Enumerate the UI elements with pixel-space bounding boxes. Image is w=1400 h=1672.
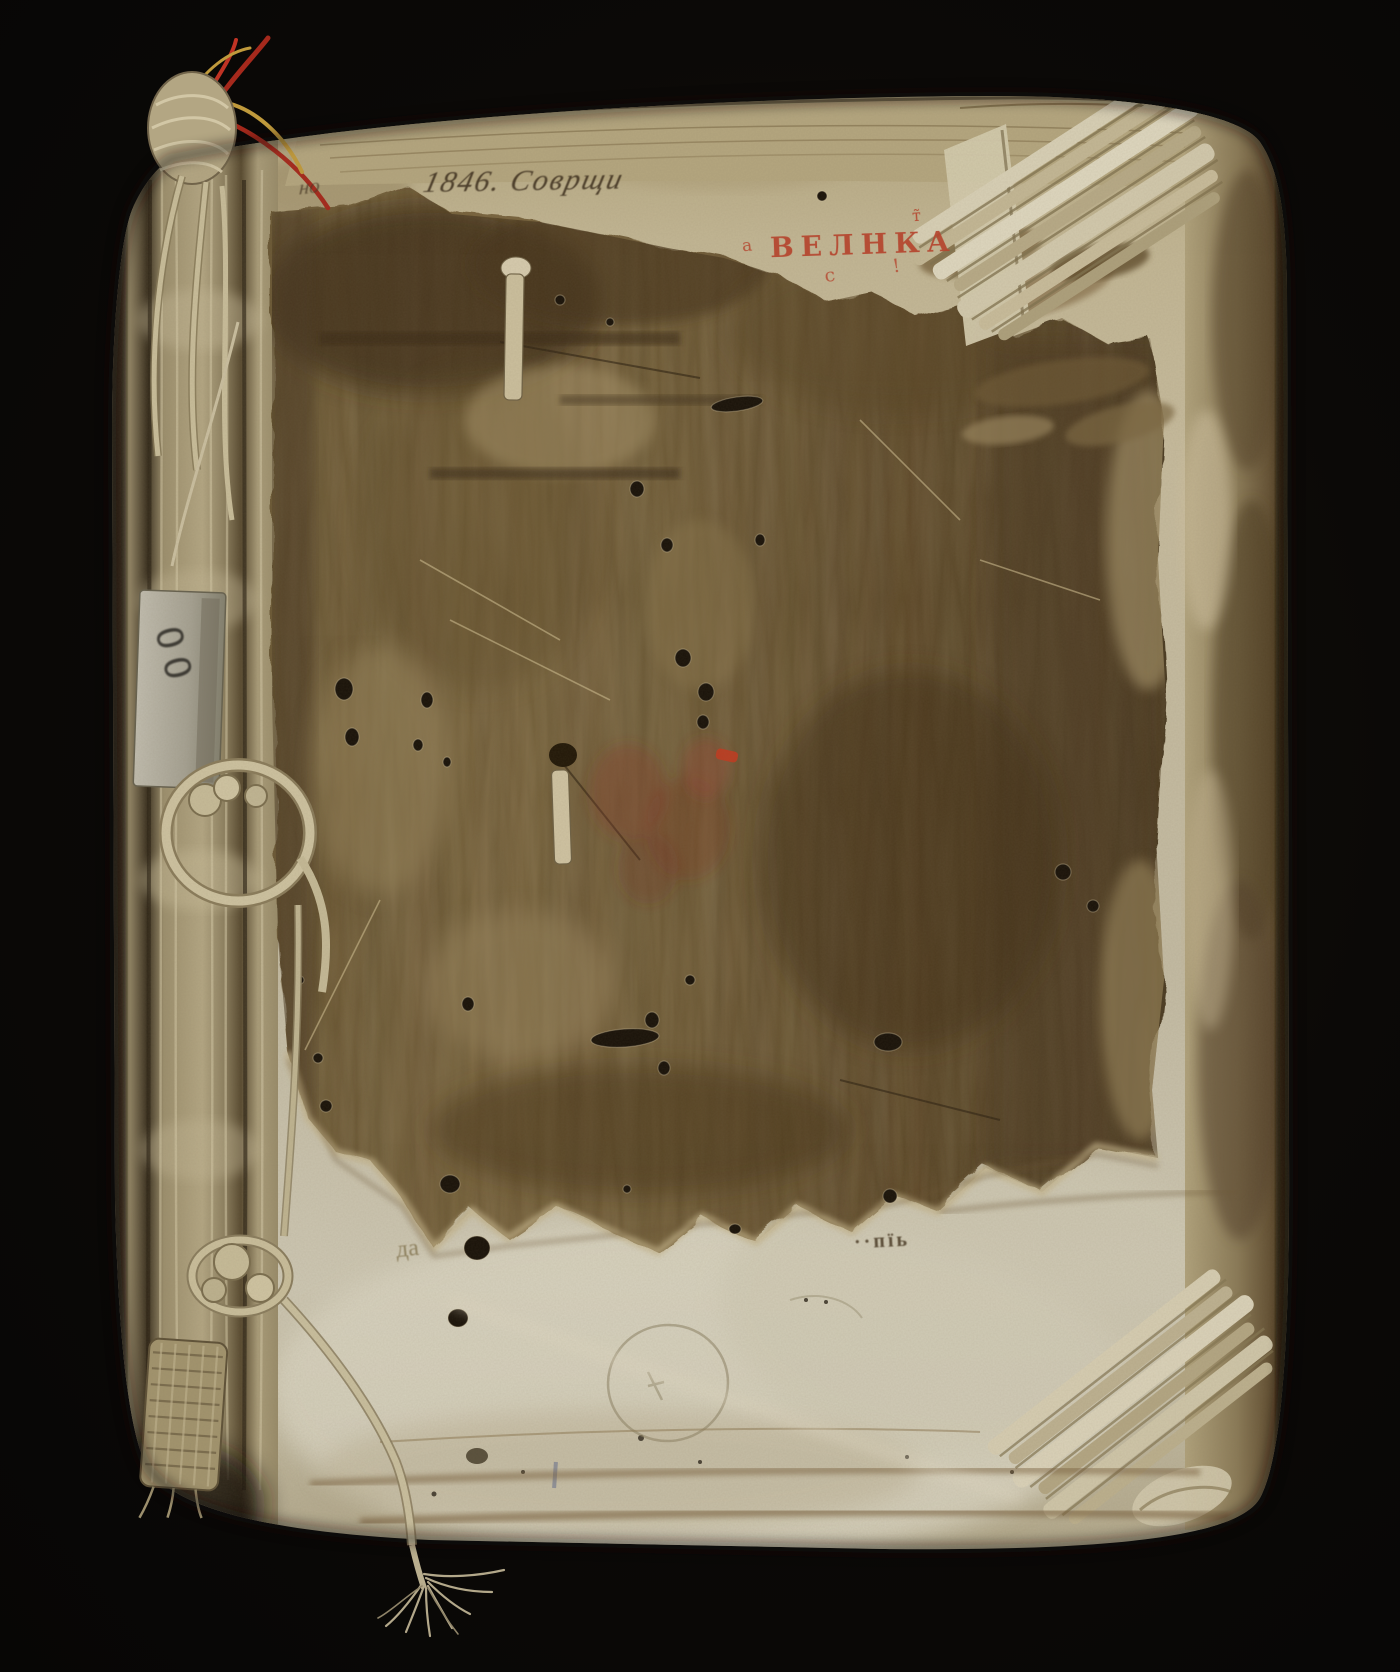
frayed-cord-tip [386, 1570, 504, 1636]
manuscript-photo [0, 0, 1400, 1672]
photo-stage: но 1846. Соврщи а ВЕЛНКА т̃ с ! да ··пїь… [0, 0, 1400, 1672]
photo-grain [100, 80, 1300, 1570]
